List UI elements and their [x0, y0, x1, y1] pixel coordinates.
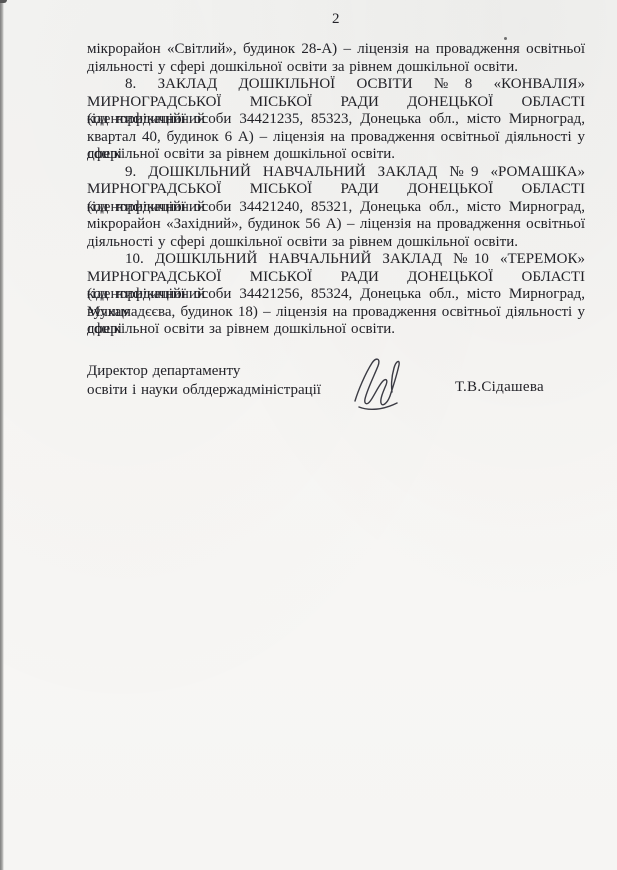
signatory-name: Т.В.Сідашева: [455, 379, 544, 396]
text-line: код юридичної особи 34421240, 85321, Дон…: [87, 199, 585, 217]
text-line: діяльності у сфері дошкільної освіти за …: [87, 59, 585, 77]
paragraph-item-10: 10. ДОШКІЛЬНИЙ НАВЧАЛЬНИЙ ЗАКЛАД №10 «ТЕ…: [87, 251, 585, 339]
text-line: дошкільної освіти за рівнем дошкільної о…: [87, 146, 585, 164]
scan-corner-artifact: [0, 0, 7, 3]
scanned-document-page: 2 мікрорайон «Світлий», будинок 28-А) – …: [0, 0, 617, 870]
page-number: 2: [87, 11, 585, 28]
paragraph-item-8: 8. ЗАКЛАД ДОШКІЛЬНОЇ ОСВІТИ №8 «КОНВАЛІЯ…: [87, 76, 585, 164]
text-line: 9. ДОШКІЛЬНИЙ НАВЧАЛЬНИЙ ЗАКЛАД №9 «РОМА…: [87, 164, 585, 182]
scan-dot-artifact: [504, 37, 507, 40]
text-line: Мухамадєєва, будинок 18) – ліцензія на п…: [87, 304, 585, 322]
text-line: МИРНОГРАДСЬКОЇ МІСЬКОЇ РАДИ ДОНЕЦЬКОЇ ОБ…: [87, 94, 585, 112]
handwritten-signature-icon: [345, 354, 411, 414]
scan-edge-artifact: [0, 0, 4, 870]
text-line: МИРНОГРАДСЬКОЇ МІСЬКОЇ РАДИ ДОНЕЦЬКОЇ ОБ…: [87, 269, 585, 287]
text-line: дошкільної освіти за рівнем дошкільної о…: [87, 321, 585, 339]
text-line: 8. ЗАКЛАД ДОШКІЛЬНОЇ ОСВІТИ №8 «КОНВАЛІЯ…: [87, 76, 585, 94]
text-line: мікрорайон «Західний», будинок 56 А) – л…: [87, 216, 585, 234]
document-body: мікрорайон «Світлий», будинок 28-А) – лі…: [87, 41, 585, 442]
text-line: діяльності у сфері дошкільної освіти за …: [87, 234, 585, 252]
text-line: квартал 40, будинок 6 А) – ліцензія на п…: [87, 129, 585, 147]
text-line: мікрорайон «Світлий», будинок 28-А) – лі…: [87, 41, 585, 59]
text-line: 10. ДОШКІЛЬНИЙ НАВЧАЛЬНИЙ ЗАКЛАД №10 «ТЕ…: [87, 251, 585, 269]
signature-block: Директор департаменту освіти і науки обл…: [87, 362, 585, 442]
text-line: МИРНОГРАДСЬКОЇ МІСЬКОЇ РАДИ ДОНЕЦЬКОЇ ОБ…: [87, 181, 585, 199]
text-line: код юридичної особи 34421235, 85323, Дон…: [87, 111, 585, 129]
paragraph-item-9: 9. ДОШКІЛЬНИЙ НАВЧАЛЬНИЙ ЗАКЛАД №9 «РОМА…: [87, 164, 585, 252]
text-line: код юридичної особи 34421256, 85324, Дон…: [87, 286, 585, 304]
paragraph-continuation: мікрорайон «Світлий», будинок 28-А) – лі…: [87, 41, 585, 76]
